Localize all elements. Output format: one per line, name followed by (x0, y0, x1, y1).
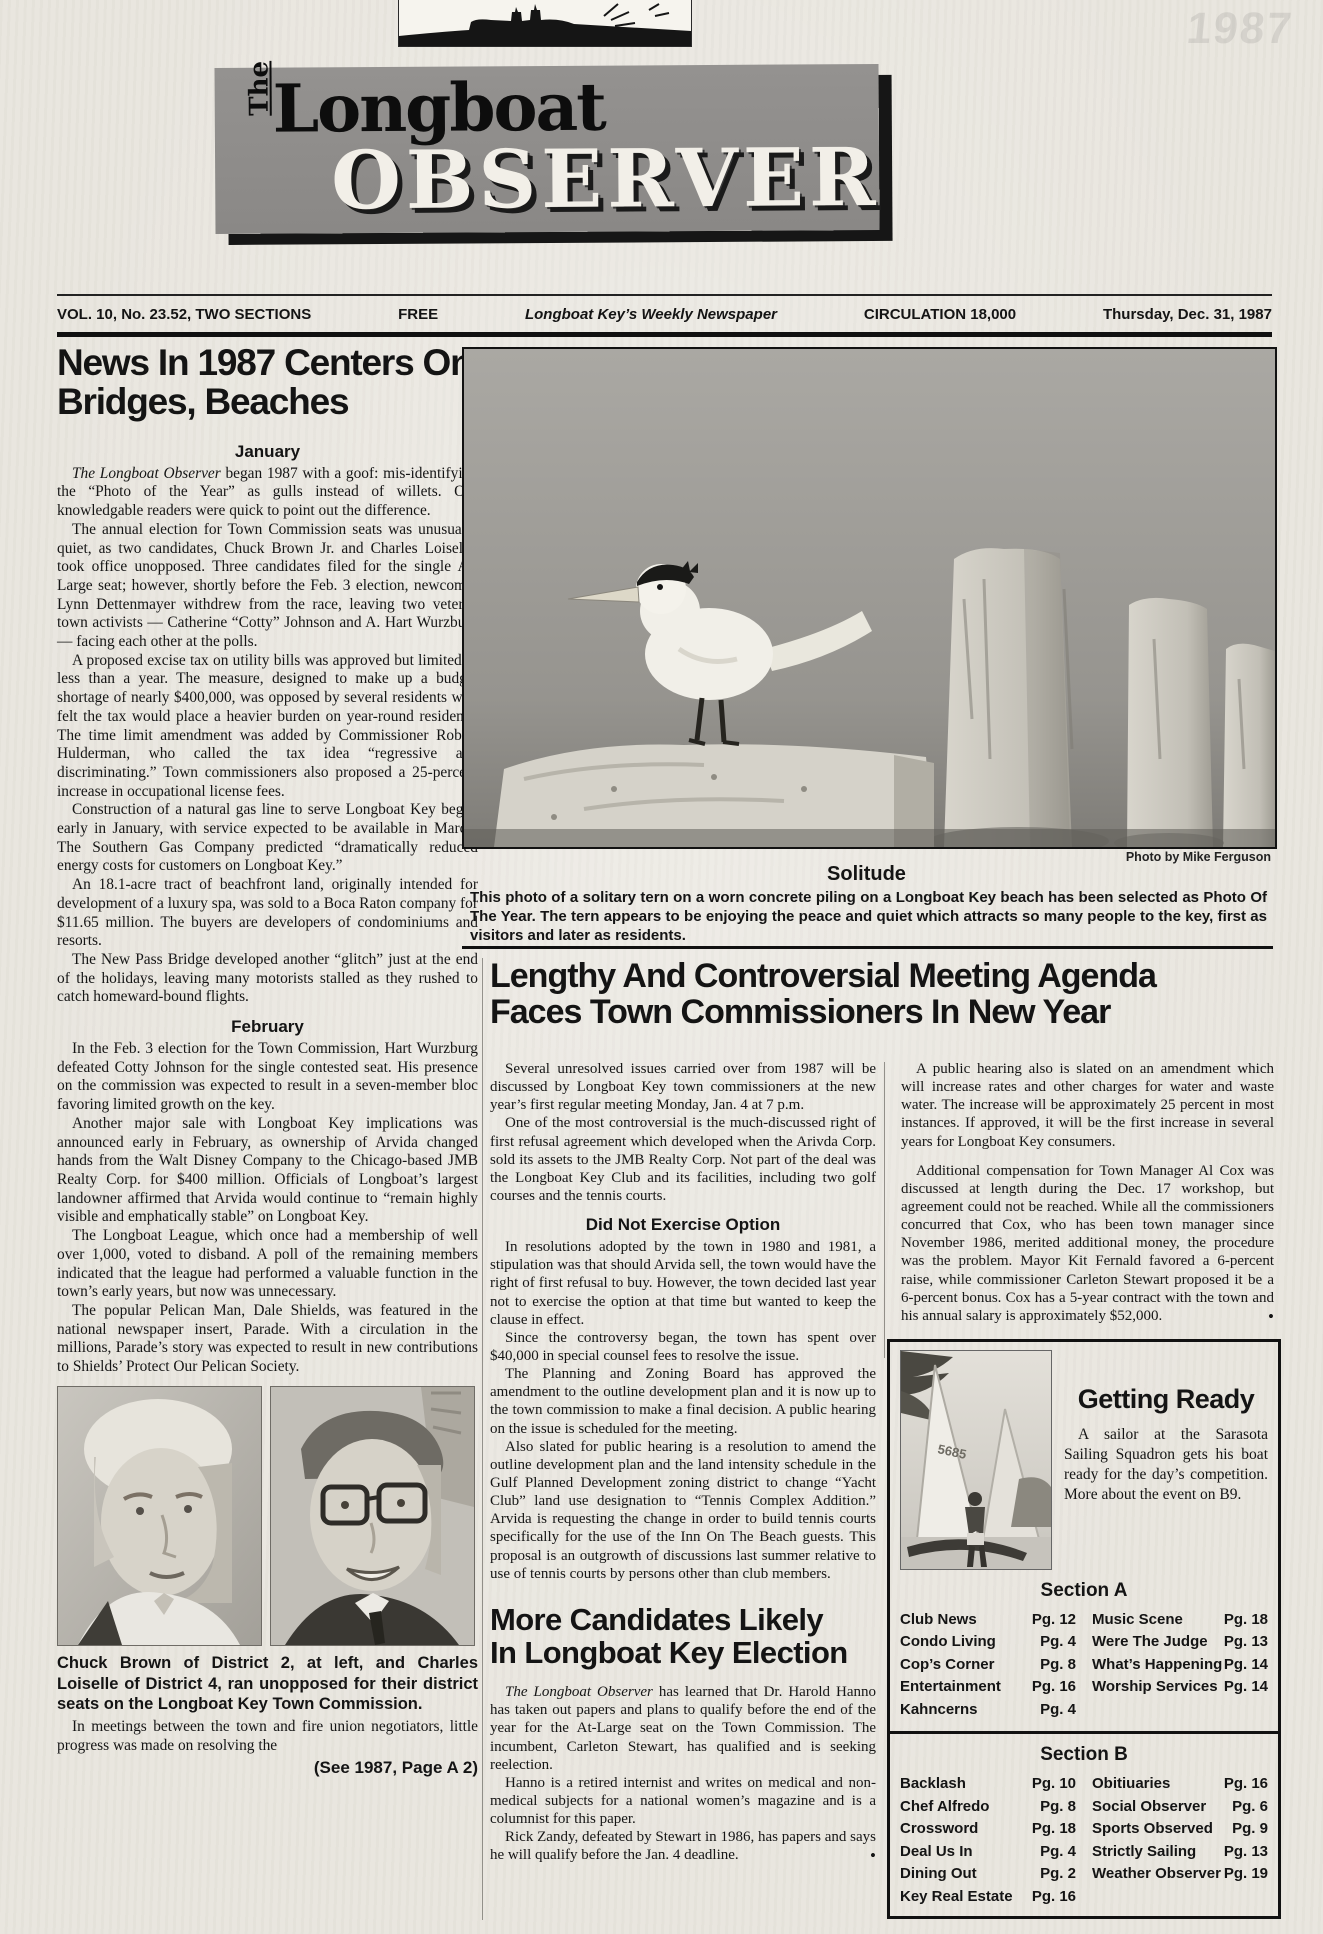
toc-row: Social ObserverPg. 6 (1092, 1796, 1268, 1819)
toc-item-name: Key Real Estate (900, 1886, 1013, 1909)
toc-item-page: Pg. 4 (1040, 1631, 1076, 1654)
candidates-headline-line1: More Candidates Likely (490, 1603, 876, 1636)
article-paragraph: One of the most controversial is the muc… (490, 1114, 876, 1205)
divider-rule (462, 946, 1273, 949)
section-a-right-column: Music ScenePg. 18Were The JudgePg. 13Wha… (1092, 1609, 1268, 1722)
toc-row: ObitiuariesPg. 16 (1092, 1773, 1268, 1796)
toc-item-name: Weather Observer (1092, 1863, 1221, 1886)
toc-item-page: Pg. 4 (1040, 1841, 1076, 1864)
article-paragraph: The Longboat Observer began 1987 with a … (57, 465, 478, 521)
getting-ready-feature: 5685 Getting Ready A (900, 1350, 1268, 1570)
main-article-columns: Several unresolved issues carried over f… (490, 1060, 1274, 1919)
article-paragraph: Another major sale with Longboat Key imp… (57, 1115, 478, 1227)
column-subhead: February (57, 1017, 478, 1037)
toc-item-name: Condo Living (900, 1631, 996, 1654)
toc-row: Club NewsPg. 12 (900, 1609, 1076, 1632)
main-article-column-2: A public hearing also is slated on an am… (901, 1060, 1274, 1919)
masthead: The Longboat OBSERVER (214, 64, 879, 234)
toc-item-page: Pg. 9 (1232, 1818, 1268, 1841)
sailing-photo: 5685 (900, 1350, 1052, 1570)
main-headline-line2: Faces Town Commissioners In New Year (490, 994, 1274, 1030)
getting-ready-text: A sailor at the Sarasota Sailing Squadro… (1064, 1425, 1268, 1506)
article-paragraph: A proposed excise tax on utility bills w… (57, 652, 478, 802)
masthead-observer: OBSERVER (331, 130, 881, 227)
toc-item-name: Were The Judge (1092, 1631, 1208, 1654)
toc-item-name: Strictly Sailing (1092, 1841, 1196, 1864)
toc-row: Deal Us InPg. 4 (900, 1841, 1076, 1864)
toc-row: Key Real EstatePg. 16 (900, 1886, 1076, 1909)
toc-row: Music ScenePg. 18 (1092, 1609, 1268, 1632)
toc-row: Chef AlfredoPg. 8 (900, 1796, 1076, 1819)
main-article-headline: Lengthy And Controversial Meeting Agenda… (490, 958, 1274, 1031)
toc-item-name: What’s Happening (1092, 1654, 1222, 1677)
getting-ready-title: Getting Ready (1064, 1384, 1268, 1415)
toc-item-page: Pg. 6 (1232, 1796, 1268, 1819)
toc-item-page: Pg. 14 (1224, 1676, 1268, 1699)
section-b-right-column: ObitiuariesPg. 16Social ObserverPg. 6Spo… (1092, 1773, 1268, 1908)
circulation-label: CIRCULATION 18,000 (864, 306, 1016, 323)
left-article-headline: News In 1987 Centers On Bridges, Beaches (57, 344, 478, 422)
toc-item-name: Cop’s Corner (900, 1654, 994, 1677)
toc-item-page: Pg. 14 (1224, 1654, 1268, 1677)
portrait-art-left (58, 1387, 261, 1645)
toc-item-name: Worship Services (1092, 1676, 1218, 1699)
toc-item-name: Crossword (900, 1818, 978, 1841)
toc-item-name: Dining Out (900, 1863, 977, 1886)
article-paragraph: The New Pass Bridge developed another “g… (57, 951, 478, 1007)
toc-item-page: Pg. 4 (1040, 1699, 1076, 1722)
candidates-headline-line2: In Longboat Key Election (490, 1636, 876, 1669)
newspaper-front-page: 1987 The Longboat OBSERVER VOL. 10, No. … (0, 0, 1323, 1934)
article-paragraph: The annual election for Town Commission … (57, 521, 478, 652)
volume-label: VOL. 10, No. 23.52, TWO SECTIONS (57, 306, 311, 323)
article-paragraph: In resolutions adopted by the town in 19… (490, 1238, 876, 1329)
toc-item-page: Pg. 19 (1224, 1863, 1268, 1886)
column-subhead: January (57, 442, 478, 462)
toc-item-name: Obitiuaries (1092, 1773, 1170, 1796)
article-paragraph: Also slated for public hearing is a reso… (490, 1438, 876, 1583)
tern-photo (462, 347, 1277, 849)
main-article-column-1: Several unresolved issues carried over f… (490, 1060, 876, 1919)
sailing-photo-art: 5685 (901, 1351, 1051, 1569)
section-b-left-column: BacklashPg. 10Chef AlfredoPg. 8Crossword… (900, 1773, 1076, 1908)
portrait-art-right (271, 1387, 474, 1645)
info-bar: VOL. 10, No. 23.52, TWO SECTIONS FREE Lo… (57, 294, 1272, 337)
main-article-col2-body: A public hearing also is slated on an am… (901, 1060, 1274, 1325)
index-feature-box: 5685 Getting Ready A (887, 1339, 1281, 1920)
section-divider (890, 1731, 1278, 1734)
toc-item-page: Pg. 16 (1224, 1773, 1268, 1796)
left-article-continuation: In meetings between the town and fire un… (57, 1718, 478, 1755)
article-paragraph: Several unresolved issues carried over f… (490, 1060, 876, 1114)
toc-row: KahncernsPg. 4 (900, 1699, 1076, 1722)
photo-caption: This photo of a solitary tern on a worn … (470, 888, 1267, 945)
toc-item-name: Entertainment (900, 1676, 1001, 1699)
column-subhead: Did Not Exercise Option (490, 1215, 876, 1235)
section-b-title: Section B (900, 1744, 1268, 1766)
photo-title: Solitude (462, 863, 1271, 886)
article-paragraph: The Longboat Observer has learned that D… (490, 1683, 876, 1774)
section-a-listing: Club NewsPg. 12Condo LivingPg. 4Cop’s Co… (900, 1609, 1268, 1722)
tagline: Longboat Key’s Weekly Newspaper (525, 306, 777, 323)
article-paragraph: Additional compensation for Town Manager… (901, 1162, 1274, 1325)
tern-photo-art (464, 349, 1275, 847)
article-paragraph: An 18.1-acre tract of beachfront land, o… (57, 876, 478, 951)
toc-row: Strictly SailingPg. 13 (1092, 1841, 1268, 1864)
candidates-article-body: The Longboat Observer has learned that D… (490, 1683, 876, 1864)
toc-item-name: Music Scene (1092, 1609, 1183, 1632)
toc-item-name: Deal Us In (900, 1841, 973, 1864)
commissioner-photos (57, 1386, 478, 1646)
article-paragraph: The Planning and Zoning Board has approv… (490, 1365, 876, 1438)
article-paragraph: In the Feb. 3 election for the Town Comm… (57, 1040, 478, 1115)
toc-row: Cop’s CornerPg. 8 (900, 1654, 1076, 1677)
end-bullet: • (855, 1846, 876, 1867)
section-a-left-column: Club NewsPg. 12Condo LivingPg. 4Cop’s Co… (900, 1609, 1076, 1722)
toc-item-page: Pg. 13 (1224, 1631, 1268, 1654)
article-paragraph: The Longboat League, which once had a me… (57, 1227, 478, 1302)
toc-item-name: Club News (900, 1609, 977, 1632)
toc-item-page: Pg. 16 (1032, 1886, 1076, 1909)
toc-row: Condo LivingPg. 4 (900, 1631, 1076, 1654)
masthead-the: The (244, 61, 274, 116)
end-bullet: • (1253, 1307, 1274, 1328)
photo-credit: Photo by Mike Ferguson (462, 850, 1271, 864)
toc-item-name: Kahncerns (900, 1699, 978, 1722)
toc-item-page: Pg. 18 (1224, 1609, 1268, 1632)
left-article-body: JanuaryThe Longboat Observer began 1987 … (57, 442, 478, 1377)
price-label: FREE (398, 306, 438, 323)
toc-item-page: Pg. 10 (1032, 1773, 1076, 1796)
article-paragraph: Since the controversy began, the town ha… (490, 1329, 876, 1365)
toc-item-name: Backlash (900, 1773, 966, 1796)
left-article: News In 1987 Centers On Bridges, Beaches… (57, 344, 478, 1778)
toc-item-name: Sports Observed (1092, 1818, 1213, 1841)
toc-item-page: Pg. 8 (1040, 1796, 1076, 1819)
toc-row: Weather ObserverPg. 19 (1092, 1863, 1268, 1886)
toc-item-page: Pg. 8 (1040, 1654, 1076, 1677)
toc-item-page: Pg. 18 (1032, 1818, 1076, 1841)
commissioner-photo-caption: Chuck Brown of District 2, at left, and … (57, 1653, 478, 1715)
date-label: Thursday, Dec. 31, 1987 (1103, 306, 1272, 323)
article-paragraph: The popular Pelican Man, Dale Shields, w… (57, 1302, 478, 1377)
jump-line: (See 1987, Page A 2) (57, 1758, 478, 1778)
toc-row: What’s HappeningPg. 14 (1092, 1654, 1268, 1677)
toc-row: Sports ObservedPg. 9 (1092, 1818, 1268, 1841)
toc-row: BacklashPg. 10 (900, 1773, 1076, 1796)
section-b-listing: BacklashPg. 10Chef AlfredoPg. 8Crossword… (900, 1773, 1268, 1908)
getting-ready-text-block: Getting Ready A sailor at the Sarasota S… (1064, 1350, 1268, 1570)
toc-row: CrosswordPg. 18 (900, 1818, 1076, 1841)
toc-item-page: Pg. 2 (1040, 1863, 1076, 1886)
article-paragraph: Construction of a natural gas line to se… (57, 801, 478, 876)
boat-silhouette-art (399, 0, 691, 46)
print-bleedthrough-text: 1987 (1184, 4, 1295, 54)
column-rule (482, 958, 483, 1920)
toc-row: EntertainmentPg. 16 (900, 1676, 1076, 1699)
article-paragraph: A public hearing also is slated on an am… (901, 1060, 1274, 1151)
toc-item-page: Pg. 16 (1032, 1676, 1076, 1699)
toc-item-page: Pg. 12 (1032, 1609, 1076, 1632)
photo-chuck-brown (57, 1386, 262, 1646)
toc-item-name: Chef Alfredo (900, 1796, 989, 1819)
main-headline-line1: Lengthy And Controversial Meeting Agenda (490, 958, 1274, 994)
toc-item-page: Pg. 13 (1224, 1841, 1268, 1864)
toc-row: Dining OutPg. 2 (900, 1863, 1076, 1886)
main-article-col1-body: Several unresolved issues carried over f… (490, 1060, 876, 1583)
photo-charles-loiselle (270, 1386, 475, 1646)
article-paragraph: Rick Zandy, defeated by Stewart in 1986,… (490, 1828, 876, 1864)
toc-row: Worship ServicesPg. 14 (1092, 1676, 1268, 1699)
article-paragraph: Hanno is a retired internist and writes … (490, 1774, 876, 1828)
toc-row: Were The JudgePg. 13 (1092, 1631, 1268, 1654)
masthead-top-illustration (398, 0, 692, 47)
section-a-title: Section A (900, 1580, 1268, 1602)
toc-item-name: Social Observer (1092, 1796, 1206, 1819)
candidates-headline: More Candidates Likely In Longboat Key E… (490, 1603, 876, 1669)
